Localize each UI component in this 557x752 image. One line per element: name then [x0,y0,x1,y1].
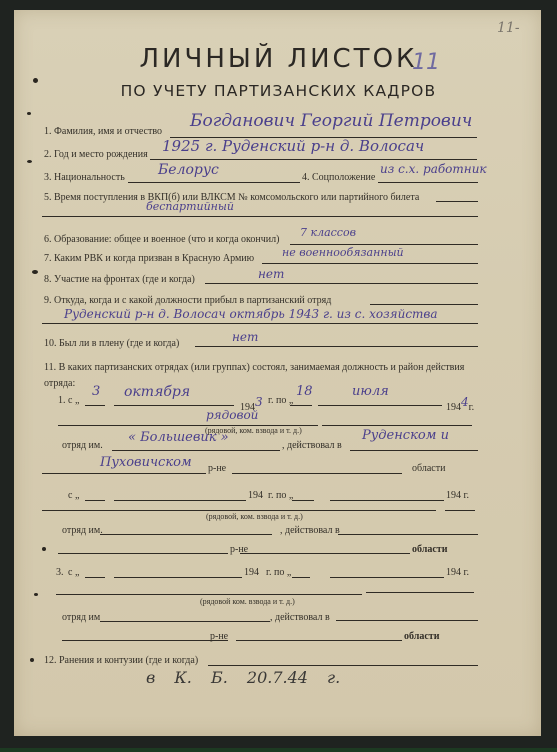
service-3-position-line-b [366,592,474,593]
service-2-region-label: области [412,544,447,555]
service-2-district-line [58,553,228,554]
scan-border [0,748,557,752]
service-3-to-year: 194 г. [446,567,469,578]
field-6-value: 7 классов [300,226,356,239]
service-1-from-day: 3 [92,384,100,399]
service-2-to-year-prefix: 194 [446,490,461,501]
service-3-operated-line [336,620,478,621]
document-title: ЛИЧНЫЙ ЛИСТОК [0,44,557,74]
service-1-district-line [42,473,206,474]
service-1-from-year-suffix: 3 [255,395,263,409]
field-2-value: 1925 г. Руденский р-н д. Волосач [162,137,424,155]
service-2-to-year: 194 г. [446,490,469,501]
service-3-year-unit: г. [464,567,469,578]
service-3-district-label: р-не [210,631,228,642]
service-1-unit-value: « Большевик » [128,430,229,445]
field-9-line-b [42,323,478,324]
service-1-district-label: р-не [208,463,226,474]
service-2-year-unit: г. [464,490,469,501]
field-4-value: из с.х. работник [380,162,487,176]
field-4-label: 4. Соцположение [302,172,375,183]
punch-hole [30,658,34,662]
service-1-unit-label: отряд им. [62,440,103,451]
service-2-position-line-b [445,510,475,511]
service-1-district-value: Пуховичском [100,455,192,470]
field-7-label: 7. Каким РВК и когда призван в Красную А… [44,253,254,264]
service-1-num: 1. [58,395,66,406]
field-10-value: нет [232,330,258,344]
service-3-num: 3. [56,567,64,578]
service-1-position-line-b [322,425,472,426]
field-2-line [150,159,477,160]
service-1-to-year-prefix: 194 [446,402,461,413]
service-3-operated-label: , действовал в [270,612,330,623]
service-2-from-year: 194 [248,490,263,501]
service-1-operated-label: , действовал в [282,440,342,451]
service-2-from-day-line [85,500,105,501]
service-3-from-month-line [114,577,242,578]
service-3-to-day-line [292,577,310,578]
punch-hole [27,160,32,163]
service-2-from-prefix: с „ [68,490,79,501]
service-2-operated-line [338,534,478,535]
field-9-line-a [370,304,478,305]
document-subtitle: ПО УЧЕТУ ПАРТИЗАНСКИХ КАДРОВ [0,82,557,100]
field-12-value: в К. Б. 20.7.44 г. [146,668,340,687]
service-2-position-line-a [42,510,436,511]
punch-hole [34,593,38,596]
service-1-from-prefix: с „ [68,395,79,406]
field-2-label: 2. Год и место рождения [44,149,148,160]
field-5-line-b [42,216,478,217]
service-1-to-month-line [318,405,442,406]
service-1-year-unit: г. [469,402,474,413]
field-6-line [290,244,478,245]
service-3-position-line-a [56,594,362,595]
service-2-unit-label: отряд им. [62,525,103,536]
field-1-value: Богданович Георгий Петрович [190,111,472,131]
service-2-operated-label: , действовал в [280,525,340,536]
service-1-position: рядовой [206,408,258,422]
service-1-to-day-line [290,405,312,406]
service-1-from-month-line [114,405,234,406]
service-2-unit-line [100,534,272,535]
field-9-value: Руденский р-н д. Волосач октябрь 1943 г.… [64,307,438,321]
field-8-label: 8. Участие на фронтах (где и когда) [44,274,195,285]
service-1-to-month: июля [352,384,389,399]
service-1-operated-value: Руденском и [362,428,449,443]
field-4-line [378,182,478,183]
field-8-value: нет [258,267,284,281]
service-3-to-prefix: г. по „ [266,567,291,578]
field-10-line [195,346,478,347]
punch-hole [42,547,46,551]
service-1-from-month: октября [124,384,190,400]
service-1-to-year: 1944г. [446,395,474,413]
title-pencil-mark: 11 [412,50,440,75]
service-1-operated-line [350,450,478,451]
service-2-to-prefix: г. по „ [268,490,293,501]
service-3-district-line [62,640,228,641]
service-3-region-line [236,640,402,641]
service-3-from-prefix: с „ [68,567,79,578]
field-11-label: 11. В каких партизанских отрядах (или гр… [44,360,480,392]
field-9-label: 9. Откуда, когда и с какой должности при… [44,295,331,306]
field-8-line [205,283,478,284]
service-1-region-label: области [412,463,445,474]
field-7-line [262,263,478,264]
service-3-unit-label: отряд им [62,612,100,623]
field-1-label: 1. Фамилия, имя и отчество [44,126,162,137]
service-1-to-day: 18 [296,384,313,399]
field-12-label: 12. Ранения и контузии (где и когда) [44,655,198,666]
service-1-region-line [232,473,402,474]
service-1-from-day-line [85,405,105,406]
service-1-to-year-suffix: 4 [461,395,469,409]
field-7-value: не военнообязанный [282,246,404,259]
corner-mark: 11- [497,20,520,36]
punch-hole [27,112,31,115]
punch-hole [32,270,38,274]
service-3-to-month-line [330,577,444,578]
service-2-from-month-line [114,500,246,501]
service-3-position-hint: (рядовой ком. взвода и т. д.) [200,597,295,606]
service-3-from-day-line [85,577,105,578]
field-6-label: 6. Образование: общее и военное (что и к… [44,234,279,245]
field-5-value: беспартийный [146,200,234,213]
service-1-unit-line [112,450,280,451]
service-3-from-year: 194 [244,567,259,578]
field-3-value: Белорус [158,162,219,178]
field-12-line [208,665,478,666]
field-10-label: 10. Был ли в плену (где и когда) [44,338,179,349]
service-3-to-year-prefix: 194 [446,567,461,578]
service-2-region-line [240,553,410,554]
service-2-to-day-line [292,500,314,501]
field-5-line-a [436,201,478,202]
service-2-position-hint: (рядовой, ком. взвода и т. д.) [206,512,303,521]
service-2-to-month-line [330,500,444,501]
field-3-label: 3. Национальность [44,172,125,183]
service-3-unit-line [100,621,270,622]
service-3-region-label: области [404,631,439,642]
field-3-line [128,182,300,183]
